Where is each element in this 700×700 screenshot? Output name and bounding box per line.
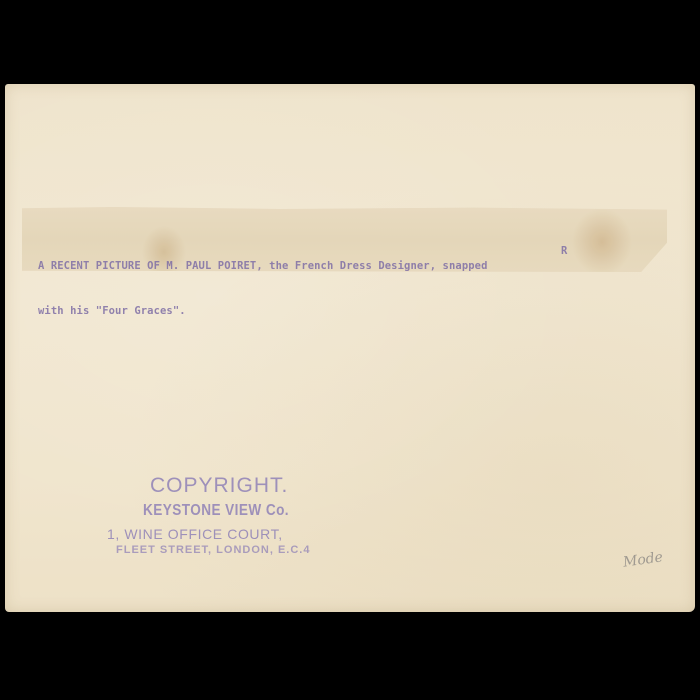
typed-caption: A RECENT PICTURE OF M. PAUL POIRET, the …	[38, 229, 488, 364]
stamp-agency: KEYSTONE VIEW Co.	[143, 502, 289, 520]
photo-back-scan: A RECENT PICTURE OF M. PAUL POIRET, the …	[0, 0, 700, 700]
stamp-address-line-2: FLEET STREET, LONDON, E.C.4	[116, 544, 310, 556]
caption-line-1: A RECENT PICTURE OF M. PAUL POIRET, the …	[38, 259, 488, 274]
stamp-copyright: COPYRIGHT.	[150, 474, 288, 498]
caption-mark: R	[561, 244, 567, 259]
caption-line-2: with his "Four Graces".	[38, 304, 488, 319]
stamp-address-line-1: 1, WINE OFFICE COURT,	[107, 526, 283, 542]
